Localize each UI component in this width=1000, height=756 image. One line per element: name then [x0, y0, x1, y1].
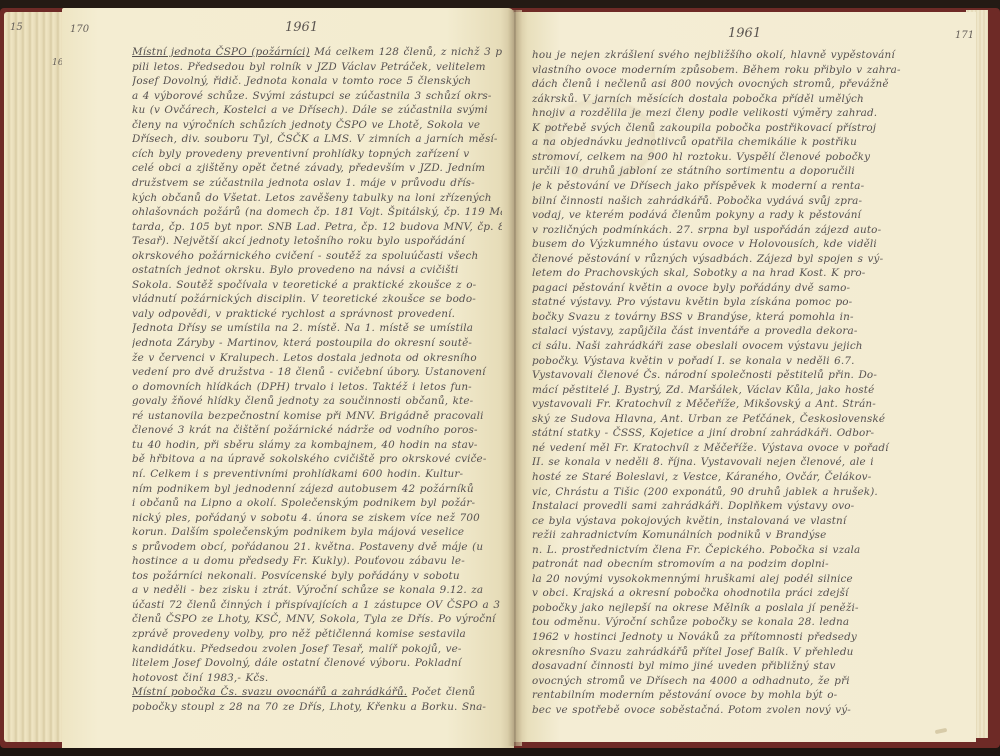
line-text: je k pěstování ve Dřísech jako příspěvek…: [532, 180, 864, 192]
line-text: ré ustanovila bezpečnostní komise při MN…: [132, 410, 484, 422]
line-text: bilní činnosti našich zahrádkářů. Pobočk…: [532, 195, 862, 207]
line-text: ním podnikem byl jednodenní zájezd autob…: [132, 483, 474, 495]
line-text: zprávě provedeny volby, pro něž pětičlen…: [132, 628, 466, 640]
line-text: tu 40 hodin, při sběru slámy za kombajne…: [132, 439, 478, 451]
stack-mark: 15: [10, 22, 23, 33]
line-text: ský ze Sudova Hlavna, Ant. Urban ze Peťč…: [532, 413, 885, 425]
section-heading: Místní pobočka Čs. svazu ovocnářů a zahr…: [132, 686, 407, 698]
line-text: stalaci výstavy, zapůjčila část inventář…: [532, 325, 858, 337]
line-text: a 4 výborové schůze. Svými zástupci se z…: [132, 90, 492, 102]
line-text: korun. Dalším společenským podnikem byla…: [132, 526, 464, 538]
line-text: i občanů na Lipno a okolí. Společenským …: [132, 497, 475, 509]
line-text: Počet členů: [407, 686, 475, 698]
line-text: govaly žňové hlídky členů jednoty za sou…: [132, 395, 473, 407]
line-text: vodaj, ve kterém podává členům pokyny a …: [532, 209, 861, 221]
line-text: Instalaci provedli sami zahrádkáři. Dopl…: [532, 500, 854, 512]
line-text: Má celkem 128 členů, z nichž 3 přistou-: [310, 46, 502, 58]
book-gutter: [508, 10, 522, 746]
section-heading: Místní jednota ČSPO (požárníci): [132, 46, 310, 58]
line-text: hnojiv a rozdělila je mezi členy podle v…: [532, 107, 877, 119]
line-text: pobočky. Výstava květin v pořadí I. se k…: [532, 355, 855, 367]
line-text: statné výstavy. Pro výstavu květin byla …: [532, 296, 852, 308]
line-text: vlastního ovoce moderním způsobem. Během…: [532, 64, 901, 76]
line-text: členové 3 krát na čištění požárnické nád…: [132, 424, 478, 436]
line-text: členů ČSPO ze Lhoty, KSČ, MNV, Sokola, T…: [132, 613, 496, 625]
line-text: státní statky - ČSSS, Kojetice a jiní dr…: [532, 427, 874, 439]
line-text: družstvem se zúčastnila jednota oslav 1.…: [132, 177, 475, 189]
line-text: Jednota Dřísy se umístila na 2. místě. N…: [132, 322, 473, 334]
line-text: patronát nad obecním stromovím a na podz…: [532, 558, 829, 570]
line-text: kandidátku. Předsedou zvolen Josef Tesař…: [132, 643, 462, 655]
text-line: bec ve spotřebě ovoce soběstačná. Potom …: [532, 702, 932, 718]
left-page-stack: [4, 12, 64, 742]
line-text: pili letos. Předsedou byl rolník v JZD V…: [132, 61, 486, 73]
line-text: II. se konala v neděli 8. října. Vystavo…: [532, 456, 874, 468]
line-text: né vedení měl Fr. Kratochvíl z Měčeříže.…: [532, 442, 889, 454]
line-text: s průvodem obcí, pořádanou 21. května. P…: [132, 541, 483, 553]
line-text: a v neděli - bez zisku i ztrát. Výroční …: [132, 584, 483, 596]
line-text: o domovních hlídkách (DPH) trvalo i leto…: [132, 381, 472, 393]
line-text: režii zahradnictvím Komunálních podniků …: [532, 529, 826, 541]
line-text: pobočky stoupl z 28 na 70 ze Dřís, Lhoty…: [132, 701, 486, 713]
line-text: ohlašovnách požárů (na domech čp. 181 Vo…: [132, 206, 502, 218]
line-text: jednota Záryby - Martinov, která postoup…: [132, 337, 472, 349]
line-text: vystavovali Fr. Kratochvíl z Měčeříže, M…: [532, 398, 876, 410]
line-text: bě hřbitova a na úpravě sokolského cviči…: [132, 453, 487, 465]
line-text: cích byly provedeny preventivní prohlídk…: [132, 148, 469, 160]
line-text: pobočky jako nejlepší na okrese Mělník a…: [532, 602, 859, 614]
line-text: hou je nejen zkrášlení svého nejbližšího…: [532, 49, 895, 61]
line-text: K potřebě svých členů zakoupila pobočka …: [532, 122, 876, 134]
right-page-year: 1961: [728, 26, 761, 41]
text-line: pobočky stoupl z 28 na 70 ze Dřís, Lhoty…: [132, 699, 502, 715]
line-text: mácí pěstitelé J. Bystrý, Zd. Maršálek, …: [532, 384, 874, 396]
line-text: hostince a u domu předsedy Fr. Kukly). P…: [132, 555, 465, 567]
book-spread: 15 16 170 1961 1961 171 Místní jednota Č…: [0, 0, 1000, 756]
line-text: účasti 72 členů činných i přispívajících…: [132, 599, 500, 611]
line-text: určili 10 druhů jabloní ze státního sort…: [532, 165, 855, 177]
line-text: busem do Výzkumného ústavu ovoce v Holov…: [532, 238, 877, 250]
line-text: hotovost činí 1983,- Kčs.: [132, 672, 268, 684]
line-text: la 20 novými vysokokmennými hruškami ale…: [532, 573, 853, 585]
line-text: litelem Josef Dovolný, dále ostatní člen…: [132, 657, 461, 669]
line-text: Tesař). Největší akcí jednoty letošního …: [132, 235, 465, 247]
line-text: Sokola. Soutěž spočívala v teoretické a …: [132, 279, 476, 291]
line-text: ci sálu. Naši zahrádkáři zase obeslali o…: [532, 340, 863, 352]
left-page-number: 170: [70, 24, 89, 35]
line-text: tou odměnu. Výroční schůze pobočky se ko…: [532, 616, 849, 628]
line-text: pagaci pěstování květin a ovoce byly poř…: [532, 282, 850, 294]
line-text: okresního Svazu zahrádkářů přítel Josef …: [532, 646, 854, 658]
line-text: tos požárníci nekonali. Posvícenské byly…: [132, 570, 460, 582]
line-text: vic, Chrástu a Tišic (200 exponátů, 90 d…: [532, 486, 878, 498]
line-text: stromoví, celkem na 900 hl roztoku. Vysp…: [532, 151, 870, 163]
left-page-year: 1961: [285, 20, 318, 35]
right-page-number: 171: [955, 30, 974, 41]
line-text: vládnutí požárnických disciplin. V teore…: [132, 293, 476, 305]
line-text: n. L. prostřednictvím člena Fr. Čepickéh…: [532, 544, 860, 556]
line-text: bec ve spotřebě ovoce soběstačná. Potom …: [532, 704, 851, 716]
line-text: nický ples, pořádaný v sobotu 4. února s…: [132, 512, 480, 524]
line-text: letem do Prachovských skal, Sobotky a na…: [532, 267, 865, 279]
line-text: kých občanů do Všetat. Letos zavěšeny ta…: [132, 192, 492, 204]
line-text: zákrsků. V jarních měsících dostala pobo…: [532, 93, 864, 105]
line-text: dách členů i nečlenů asi 800 nových ovoc…: [532, 78, 889, 90]
line-text: valy odpovědi, v praktické rychlost a sp…: [132, 308, 455, 320]
line-text: tarda, čp. 105 byt npor. SNB Lad. Petra,…: [132, 221, 502, 233]
line-text: členové pěstování v různých výsadbách. Z…: [532, 253, 883, 265]
line-text: Dřísech, div. souboru Tyl, ČSČK a LMS. V…: [132, 133, 498, 145]
line-text: vedení pro dvě družstva - 18 členů - cvi…: [132, 366, 486, 378]
line-text: ostatních jednot okrsku. Bylo provedeno …: [132, 264, 458, 276]
line-text: celé obci a zjištěny opět četné závady, …: [132, 162, 485, 174]
line-text: Vystavovali členové Čs. národní společno…: [532, 369, 877, 381]
line-text: a na objednávku jednotlivců opatřila che…: [532, 136, 857, 148]
line-text: v rozličných podmínkách. 27. srpna byl u…: [532, 224, 881, 236]
line-text: hosté ze Staré Boleslavi, z Vestce, Kára…: [532, 471, 871, 483]
line-text: bočky Svazu z továrny BSS v Brandýse, kt…: [532, 311, 854, 323]
line-text: rentabilním moderním pěstování ovoce by …: [532, 689, 837, 701]
line-text: v obci. Krajská a okresní pobočka ohodno…: [532, 587, 848, 599]
line-text: ce byla výstava pokojových květin, insta…: [532, 515, 846, 527]
line-text: Josef Dovolný, řidič. Jednota konala v t…: [132, 75, 471, 87]
line-text: že v červenci v Kralupech. Letos dostala…: [132, 352, 477, 364]
line-text: okrskového požárnického cvičení - soutěž…: [132, 250, 478, 262]
line-text: dosavadní činnosti byl mimo jiné uveden …: [532, 660, 836, 672]
line-text: ku (v Ovčárech, Kostelci a ve Dřísech). …: [132, 104, 488, 116]
line-text: členy na výročních schůzích jednoty ČSPO…: [132, 119, 480, 131]
line-text: 1962 v hostinci Jednoty u Nováků za přít…: [532, 631, 857, 643]
line-text: ní. Celkem i s preventivními prohlídkami…: [132, 468, 463, 480]
line-text: ovocných stromů ve Dřísech na 4000 a odh…: [532, 675, 850, 687]
